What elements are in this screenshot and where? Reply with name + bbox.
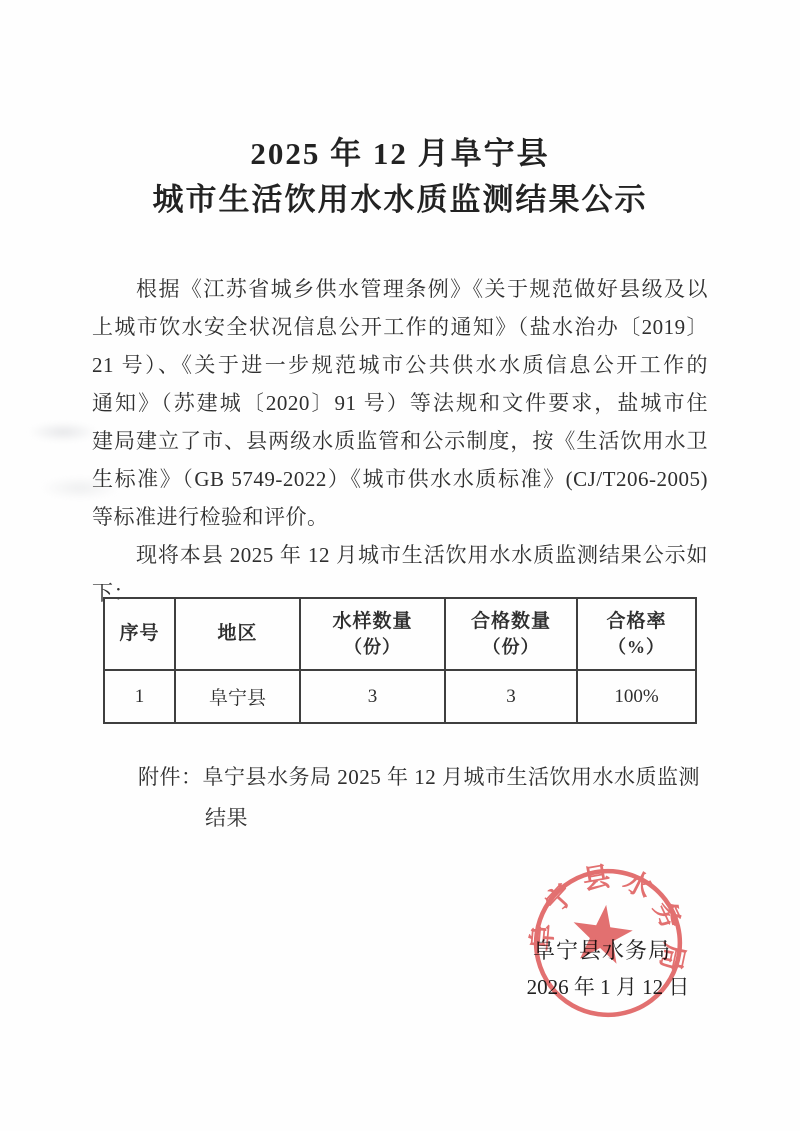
col-header-rate-label: 合格率: [578, 609, 695, 635]
document-page: 2025 年 12 月阜宁县 城市生活饮用水水质监测结果公示 根据《江苏省城乡供…: [0, 0, 800, 1131]
table-header: 序号 地区 水样数量 （份） 合格数量 （份） 合格率 （%）: [104, 598, 696, 670]
col-header-rate-unit: （%）: [578, 635, 695, 659]
col-header-region-label: 地区: [176, 621, 299, 647]
col-header-qualified-label: 合格数量: [446, 609, 576, 635]
table-header-row: 序号 地区 水样数量 （份） 合格数量 （份） 合格率 （%）: [104, 598, 696, 670]
body-line-6: 生标准》（GB 5749-2022）《城市供水水质标准》(CJ/T206-200…: [92, 460, 708, 498]
body-line-4: 通知》（苏建城〔2020〕91 号）等法规和文件要求，盐城市住: [92, 384, 708, 422]
stamp-star-icon: [569, 901, 636, 966]
table-row: 1 阜宁县 3 3 100%: [104, 670, 696, 723]
attachment-line-2: 结果: [92, 798, 708, 839]
col-header-samples-unit: （份）: [301, 635, 444, 659]
body-line-7: 等标准进行检验和评价。: [92, 498, 708, 536]
scan-artifact: [28, 422, 98, 442]
body-line-5: 建局建立了市、县两级水质监管和公示制度，按《生活饮用水卫: [92, 422, 708, 460]
stamp-arc-text: 阜宁县水务局: [525, 859, 692, 974]
col-header-index: 序号: [104, 598, 175, 670]
col-header-samples: 水样数量 （份）: [300, 598, 445, 670]
body-paragraphs: 根据《江苏省城乡供水管理条例》《关于规范做好县级及以 上城市饮水安全状况信息公开…: [92, 270, 708, 612]
col-header-qualified: 合格数量 （份）: [445, 598, 577, 670]
official-seal-stamp: 阜宁县水务局: [524, 859, 692, 1027]
body-line-3: 21 号）、《关于进一步规范城市公共供水水质信息公开工作的: [92, 346, 708, 384]
cell-region: 阜宁县: [175, 670, 300, 723]
col-header-samples-label: 水样数量: [301, 609, 444, 635]
col-header-index-label: 序号: [105, 621, 174, 647]
attachment-text: 阜宁县水务局 2025 年 12 月城市生活饮用水水质监测: [203, 765, 701, 789]
table-body: 1 阜宁县 3 3 100%: [104, 670, 696, 723]
attachment-line-1: 附件：阜宁县水务局 2025 年 12 月城市生活饮用水水质监测: [92, 757, 708, 798]
monitoring-results-table: 序号 地区 水样数量 （份） 合格数量 （份） 合格率 （%）: [103, 597, 697, 724]
cell-samples: 3: [300, 670, 445, 723]
title-line-2: 城市生活饮用水水质监测结果公示: [0, 177, 800, 223]
cell-qualified: 3: [445, 670, 577, 723]
title-line-1: 2025 年 12 月阜宁县: [0, 131, 800, 177]
body-line-2: 上城市饮水安全状况信息公开工作的通知》（盐水治办〔2019〕: [92, 308, 708, 346]
document-title: 2025 年 12 月阜宁县 城市生活饮用水水质监测结果公示: [0, 131, 800, 223]
attachment-note: 附件：阜宁县水务局 2025 年 12 月城市生活饮用水水质监测 结果: [92, 757, 708, 839]
cell-rate: 100%: [577, 670, 696, 723]
col-header-region: 地区: [175, 598, 300, 670]
col-header-qualified-unit: （份）: [446, 635, 576, 659]
body-line-8: 现将本县 2025 年 12 月城市生活饮用水水质监测结果公示如: [92, 536, 708, 574]
svg-text:阜宁县水务局: 阜宁县水务局: [525, 859, 692, 974]
cell-index: 1: [104, 670, 175, 723]
col-header-rate: 合格率 （%）: [577, 598, 696, 670]
attachment-label: 附件：: [138, 765, 203, 789]
body-line-1: 根据《江苏省城乡供水管理条例》《关于规范做好县级及以: [92, 270, 708, 308]
